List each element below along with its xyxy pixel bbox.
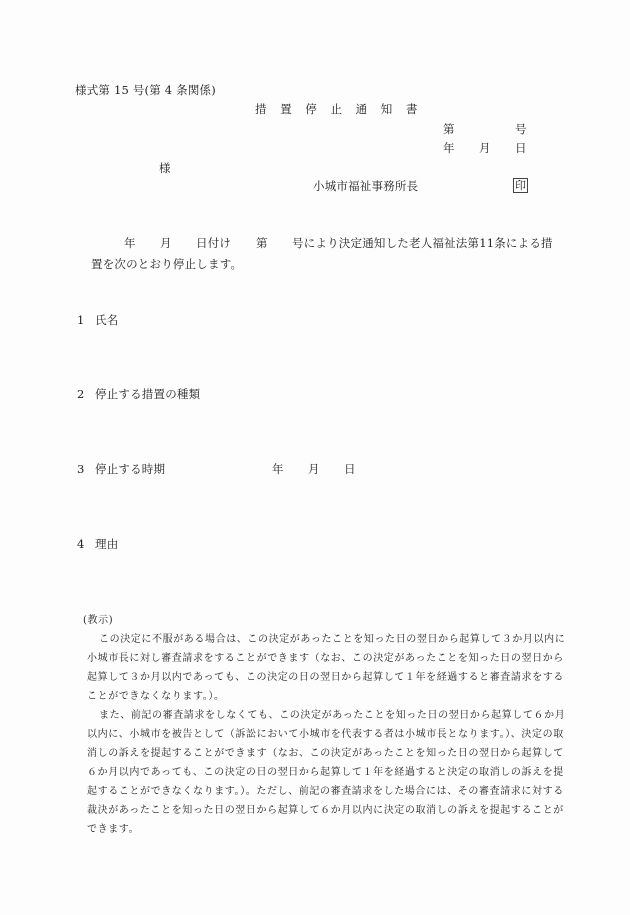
intro-line1: 号により決定通知した老人福祉法第11条による措 <box>292 236 553 250</box>
notice-line: できます。 <box>87 823 139 836</box>
date-month: 月 <box>479 141 491 155</box>
notice-heading: (教示) <box>83 614 113 627</box>
form-number: 様式第 15 号(第 4 条関係) <box>75 83 216 97</box>
item-3-year: 年 <box>272 462 284 476</box>
notice-line: 以内に、小城市を被告として（訴訟において小城市を代表する者は小城市長となります。… <box>87 728 564 741</box>
item-3-month: 月 <box>308 462 320 476</box>
item-2-label: 停止する措置の種類 <box>95 387 200 401</box>
item-2-number: 2 <box>77 387 85 401</box>
intro-line2: 置を次のとおり停止します。 <box>91 257 242 271</box>
notice-line: 消しの訴えを提起することができます（なお、この決定があったことを知った日の翌日か… <box>87 747 564 760</box>
intro-no-prefix: 第 <box>256 236 268 250</box>
notice-line: 起算して３か月以内であっても、この決定の日の翌日から起算して１年を経過すると審査… <box>87 671 564 684</box>
intro-month: 月 <box>160 236 172 250</box>
reference-no-prefix: 第 <box>443 122 455 136</box>
addressee-suffix: 様 <box>159 161 171 175</box>
item-3-day: 日 <box>344 462 356 476</box>
intro-year: 年 <box>124 236 136 250</box>
item-4-label: 理由 <box>95 537 118 551</box>
intro-day-dated: 日付け <box>196 236 231 250</box>
seal-mark: 印 <box>513 178 528 193</box>
notice-line: この決定に不服がある場合は、この決定があったことを知った日の翌日から起算して３か… <box>99 633 565 646</box>
item-3-label: 停止する時期 <box>95 462 165 476</box>
reference-no-suffix: 号 <box>515 122 527 136</box>
item-4-number: 4 <box>77 537 85 551</box>
notice-line: ことができなくなります。）。 <box>87 690 225 703</box>
notice-line: 起することができなくなります。）。ただし、前記の審査請求をした場合には、その審査… <box>87 785 564 798</box>
notice-line: 小城市長に対し審査請求をすることができます（なお、この決定があったことを知った日… <box>87 652 564 665</box>
notice-line: ６か月以内であっても、この決定の日の翌日から起算して１年を経過すると決定の取消し… <box>87 766 564 779</box>
seal-icon: 印 <box>513 178 528 193</box>
notice-line: また、前記の審査請求をしなくても、この決定があったことを知った日の翌日から起算し… <box>99 709 565 722</box>
date-day: 日 <box>515 141 527 155</box>
document-page: 様式第 15 号(第 4 条関係) 措 置 停 止 通 知 書 第 号 年 月 … <box>0 0 630 915</box>
item-3-number: 3 <box>77 462 85 476</box>
issuer-name: 小城市福祉事務所長 <box>313 179 418 193</box>
document-title: 措 置 停 止 通 知 書 <box>255 102 422 116</box>
item-1-number: 1 <box>77 313 85 327</box>
date-year: 年 <box>443 141 455 155</box>
item-1-label: 氏名 <box>95 313 118 327</box>
notice-line: 裁決があったことを知った日の翌日から起算して６か月以内に決定の取消しの訴えを提起… <box>87 804 564 817</box>
